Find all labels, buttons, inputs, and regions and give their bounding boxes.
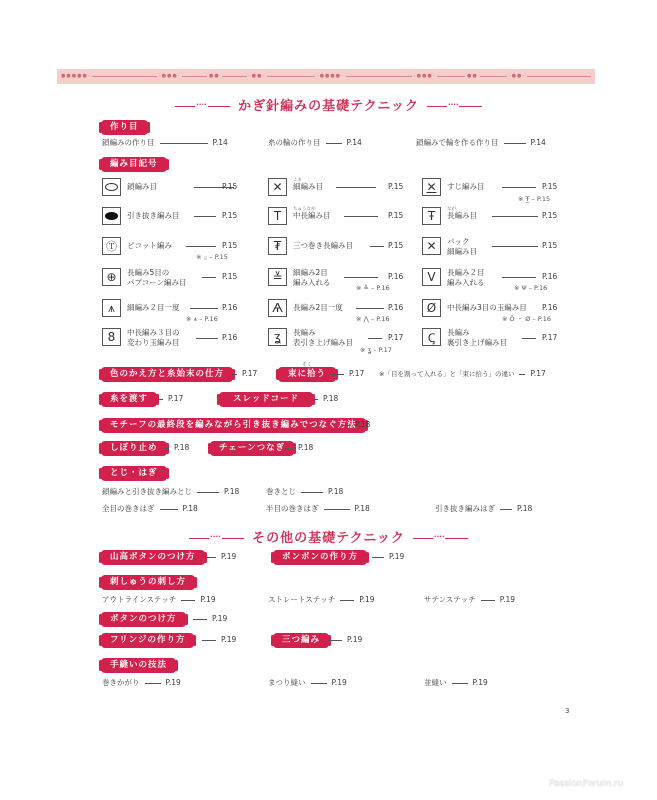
label-hand-sewing: 手縫いの技法 [101,658,176,673]
label-chain-join[interactable]: チェーンつなぎ [210,441,294,456]
page-ref: P.18 [313,394,338,404]
section-title-other-basics: その他の基礎テクニック [0,527,657,546]
toc-entry[interactable]: 巻きとじP.18 [266,487,343,497]
symbol-single-crochet[interactable]: ✕ こま細編み目 P.15 [268,178,408,196]
toc-entry[interactable]: ストレートステッチP.19 [268,595,375,605]
page-ref: P.19 [202,635,236,645]
popcorn-stitch-icon: ⊕ [102,268,121,286]
page-ref: P.18 [342,420,370,430]
label-color-change[interactable]: 色のかえ方と糸始末の仕方 [101,367,233,382]
double-crochet-increase-icon: V [422,268,441,286]
triple-treble-icon: ₮ [268,237,287,255]
toc-entry[interactable]: 巻きかがりP.19 [102,678,181,688]
label-carrying-yarn[interactable]: 糸を渡す [101,392,157,407]
toc-entry[interactable]: 全目の巻きはぎP.18 [102,504,198,514]
page-ref: P.19 [328,635,362,645]
symbol-reverse-single[interactable]: ✕ バック 細編み目 P.15 [422,237,562,257]
symbol-picot[interactable]: Ⓣ ピコット編み P.15 ※ ۞ – P.15 [102,237,252,255]
toc-entry[interactable]: サテンステッチP.19 [424,595,515,605]
toc-entry[interactable]: 鎖編みと引き抜き編みとじP.18 [102,487,239,497]
toc-entry[interactable]: まつり縫いP.19 [268,678,347,688]
back-post-dc-icon: Ꞔ [422,328,441,346]
page-ref: P.18 [285,443,313,453]
page-number: 3 [565,707,569,715]
symbol-slip-stitch[interactable]: 引き抜き編み目 P.15 [102,207,252,225]
sc2tog-icon: ⩚ [102,299,121,317]
label-thread-cord[interactable]: スレッドコード [219,392,313,407]
symbol-sc2tog[interactable]: ⩚ 細編み２目一度 P.16 ※ ⩚ – P.16 [102,299,252,317]
front-post-dc-icon: ʓ [268,328,287,346]
toc-entry[interactable]: 引き抜き編みはぎP.18 [435,504,532,514]
double-crochet-icon: Ŧ [422,207,441,225]
toc-entry[interactable]: 並縫いP.19 [424,678,488,688]
page-ref: P.19 [202,552,236,562]
label-foundation: 作り目 [101,120,148,135]
page-ref: P.19 [372,552,404,562]
band-ornament: ●● [207,74,222,79]
label-shank-button[interactable]: 山高ボタンのつけ方 [101,550,205,565]
half-double-crochet-icon: T [268,207,287,225]
symbol-sc-increase[interactable]: ≚ 細編み2目 編み入れる P.16 ※ ≚ – P.16 [268,268,408,288]
label-seaming: とじ・はぎ [101,466,167,481]
toc-entry[interactable]: ※「目を割って入れる」と「束に拾う」の違いP.17 [379,369,546,379]
symbol-dc-increase[interactable]: V 長編み２目 編み入れる P.16 ※ Ψ – P.16 [422,268,562,288]
title-ornament [427,106,482,107]
label-braid[interactable]: 三つ編み [273,633,329,648]
band-ornament: ·●●· [247,74,267,79]
header-band: ●●●●●· ·●●●· ●● ·●●· ·●●●●· ·●●●· ●● ·●●… [57,69,595,84]
toc-entry[interactable]: 鎖編みの作り目P.14 [102,138,228,148]
symbol-dc2tog[interactable]: Ѧ 長編み2目一度 P.16 ※ ⋀ – P.16 [268,299,408,317]
title-ornament [189,538,244,539]
page-ref: P.17 [158,394,183,404]
label-motif-join[interactable]: モチーフの最終段を編みながら引き抜き編みでつなぐ方法 [101,418,366,433]
label-button-sewing[interactable]: ボタンのつけ方 [101,612,186,627]
band-ornament: ·●●●●· [315,74,346,79]
reverse-single-crochet-icon: ✕ [422,237,441,255]
toc-entry[interactable]: 半目の巻きはぎP.18 [266,504,370,514]
page-ref: P.18 [164,443,189,453]
band-ornament: ·●●· [507,74,527,79]
toc-entry[interactable]: 糸の輪の作り目P.14 [268,138,362,148]
label-pompom[interactable]: ポンポンの作り方 [273,550,367,565]
symbol-front-post-dc[interactable]: ʓ 長編み 表引き上げ編み目 P.17 ※ ʓ – P.17 [268,328,408,348]
page-ref: P.19 [193,614,227,624]
band-ornament: ●● [465,74,480,79]
single-crochet-increase-icon: ≚ [268,268,287,286]
page-ref: P.17 [330,369,364,379]
title-ornament [413,538,468,539]
toc-entry[interactable]: 鎖編みで輪を作る作り目P.14 [416,138,546,148]
symbol-hdc-variant-bobble[interactable]: 8 中長編み３目の 変わり玉編み目 P.16 [102,328,252,348]
symbol-triple-treble[interactable]: ₮ 三つ巻き長編み目 P.15 [268,237,408,255]
label-fringe[interactable]: フリンジの作り方 [101,633,194,648]
band-ornament: ·●●●· [412,74,437,79]
page-ref: P.17 [232,369,257,379]
picot-icon: Ⓣ [102,237,121,255]
hdc-variant-bobble-icon: 8 [102,328,121,346]
section-title-crochet-basics: かぎ針編みの基礎テクニック [0,95,657,114]
band-ornament: ·●●●· [157,74,182,79]
label-stitch-symbols: 編み目記号 [101,157,167,172]
label-shibori[interactable]: しぼり止め [101,441,167,456]
symbol-popcorn[interactable]: ⊕ 長編み5目の パプコーン編み目 P.15 [102,268,252,288]
label-taba-ni-hirou[interactable]: そく束に拾う [278,367,336,382]
symbol-half-double[interactable]: T ちゅうなが中長編み目 P.15 [268,207,408,225]
band-ornament: ●●●●●· [59,74,92,79]
symbol-back-loop[interactable]: ✕ すじ編み目 P.15 ※ Ŧ̲ – P.15 [422,178,562,196]
hdc-bobble-icon: Ø [422,299,441,317]
toc-entry[interactable]: アウトラインステッチP.19 [102,595,216,605]
back-loop-stitch-icon: ✕ [422,178,441,196]
dc2tog-icon: Ѧ [268,299,287,317]
watermark: PassionForum.ru [549,779,623,789]
chain-stitch-icon [102,178,121,196]
symbol-double-crochet[interactable]: Ŧ なが長編み目 P.15 [422,207,562,225]
symbol-chain[interactable]: 鎖編み目 P.15 [102,178,252,196]
symbol-hdc-bobble[interactable]: Ø 中長編み3目の玉編み目 P.16 ※ Ö ・ Ø – P.16 [422,299,572,317]
slip-stitch-icon [102,207,121,225]
symbol-back-post-dc[interactable]: Ꞔ 長編み 裏引き上げ編み目 P.17 [422,328,562,348]
single-crochet-icon: ✕ [268,178,287,196]
label-embroidery: 刺しゅうの刺し方 [101,575,195,590]
title-ornament [175,106,230,107]
